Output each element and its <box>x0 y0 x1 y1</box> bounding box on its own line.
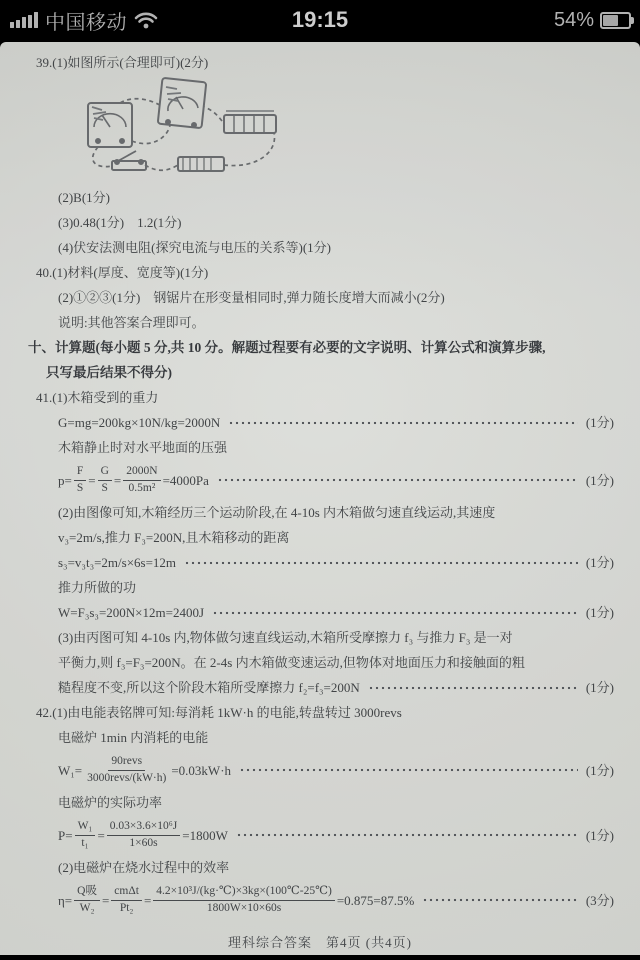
status-bar-right: 54% <box>554 9 640 32</box>
text-run: 说明:其他答案合理即可。 <box>58 310 205 335</box>
text-run: η= <box>58 888 72 913</box>
document-line: v₃=2m/s,推力 F₃=200N,且木箱移动的距离 <box>58 525 614 550</box>
dotted-leader <box>239 768 578 772</box>
text-run: s₃=v₃t₃=2m/s×6s=12m <box>58 550 176 575</box>
document-line: 说明:其他答案合理即可。 <box>58 310 614 335</box>
fraction: Q吸W₂ <box>74 885 100 914</box>
score-label: (1分) <box>586 758 614 783</box>
score-label: (1分) <box>586 550 614 575</box>
fraction: 2000N0.5m² <box>123 465 160 494</box>
signal-strength-icon <box>10 12 38 28</box>
score-label: (1分) <box>586 468 614 493</box>
document-line: 十、计算题(每小题 5 分,共 10 分。解题过程要有必要的文字说明、计算公式和… <box>28 335 614 360</box>
document-line: 电磁炉的实际功率 <box>58 790 614 815</box>
score-label: (1分) <box>586 823 614 848</box>
text-run: (2)①②③(1分) 钢锯片在形变量相同时,弹力随长度增大而减小(2分) <box>58 285 445 310</box>
document-line: W₁=90revs3000revs/(kW·h)=0.03kW·h(1分) <box>58 750 614 790</box>
document-body: 39.(1)如图所示(合理即可)(2分) <box>0 50 640 920</box>
text-run: = <box>144 888 151 913</box>
text-run: 十、计算题(每小题 5 分,共 10 分。解题过程要有必要的文字说明、计算公式和… <box>28 335 546 360</box>
wifi-icon <box>134 11 158 29</box>
text-run: 电磁炉的实际功率 <box>58 790 162 815</box>
text-run: 平衡力,则 f₃=F₃=200N。在 2-4s 内木箱做变速运动,但物体对地面压… <box>58 650 525 675</box>
battery-sketch <box>224 111 276 133</box>
document-line: 平衡力,则 f₃=F₃=200N。在 2-4s 内木箱做变速运动,但物体对地面压… <box>58 650 614 675</box>
document-line: (2)①②③(1分) 钢锯片在形变量相同时,弹力随长度增大而减小(2分) <box>58 285 614 310</box>
document-line: G=mg=200kg×10N/kg=2000N(1分) <box>58 410 614 435</box>
battery-nub <box>631 17 634 24</box>
document-line: 木箱静止时对水平地面的压强 <box>58 435 614 460</box>
text-run: = <box>102 888 109 913</box>
ammeter-sketch <box>88 103 132 147</box>
text-run: 只写最后结果不得分) <box>46 360 172 385</box>
document-line: 推力所做的功 <box>58 575 614 600</box>
dotted-leader <box>368 686 578 690</box>
document-line: W=F₃s₃=200N×12m=2400J(1分) <box>58 600 614 625</box>
resistor-sketch <box>178 157 224 171</box>
fraction: 4.2×10³J/(kg·℃)×3kg×(100℃-25℃)1800W×10×6… <box>153 885 335 914</box>
fraction: cmΔtPt₂ <box>111 885 142 914</box>
document-line: 42.(1)由电能表铭牌可知:每消耗 1kW·h 的电能,转盘转过 3000re… <box>36 700 614 725</box>
text-run: (3)由丙图可知 4-10s 内,物体做匀速直线运动,木箱所受摩擦力 f₃ 与推… <box>58 625 513 650</box>
text-run: 电磁炉 1min 内消耗的电能 <box>58 725 208 750</box>
voltmeter-sketch <box>158 78 207 128</box>
text-run: p= <box>58 468 72 493</box>
document-line: 电磁炉 1min 内消耗的电能 <box>58 725 614 750</box>
text-run: 39.(1)如图所示(合理即可)(2分) <box>36 50 208 75</box>
text-run: 木箱静止时对水平地面的压强 <box>58 435 227 460</box>
dotted-leader <box>184 561 578 565</box>
document-line: 糙程度不变,所以这个阶段木箱所受摩擦力 f₂=f₃=200N(1分) <box>58 675 614 700</box>
document-line: η=Q吸W₂=cmΔtPt₂=4.2×10³J/(kg·℃)×3kg×(100℃… <box>58 880 614 920</box>
text-run: = <box>88 468 95 493</box>
document-line: 39.(1)如图所示(合理即可)(2分) <box>36 50 614 75</box>
dotted-leader <box>217 478 578 482</box>
fraction: 90revs3000revs/(kW·h) <box>84 755 169 784</box>
text-run: (4)伏安法测电阻(探究电流与电压的关系等)(1分) <box>58 235 331 260</box>
text-run: P= <box>58 823 73 848</box>
text-run: (2)电磁炉在烧水过程中的效率 <box>58 855 229 880</box>
text-run: W₁= <box>58 758 82 783</box>
text-run: (3)0.48(1分) 1.2(1分) <box>58 210 181 235</box>
score-label: (1分) <box>586 410 614 435</box>
page-footer: 理科综合答案 第4页 (共4页) <box>0 932 640 951</box>
text-run: 42.(1)由电能表铭牌可知:每消耗 1kW·h 的电能,转盘转过 3000re… <box>36 700 402 725</box>
document-line: 40.(1)材料(厚度、宽度等)(1分) <box>36 260 614 285</box>
battery-fill <box>603 15 618 26</box>
document-line: (2)B(1分) <box>58 185 614 210</box>
status-bar: 中国移动 19:15 54% <box>0 0 640 40</box>
dotted-leader <box>212 611 578 615</box>
switch-sketch <box>112 151 146 170</box>
document-line: s₃=v₃t₃=2m/s×6s=12m(1分) <box>58 550 614 575</box>
text-run: G=mg=200kg×10N/kg=2000N <box>58 410 220 435</box>
battery-icon <box>600 12 631 29</box>
document-line: P=W₁t₁=0.03×3.6×10⁶J1×60s=1800W(1分) <box>58 815 614 855</box>
document-line: (4)伏安法测电阻(探究电流与电压的关系等)(1分) <box>58 235 614 260</box>
text-run: 推力所做的功 <box>58 575 136 600</box>
text-run: =0.875=87.5% <box>337 888 415 913</box>
text-run: =1800W <box>182 823 228 848</box>
score-label: (1分) <box>586 675 614 700</box>
document-line: 41.(1)木箱受到的重力 <box>36 385 614 410</box>
document-line: (2)由图像可知,木箱经历三个运动阶段,在 4-10s 内木箱做匀速直线运动,其… <box>58 500 614 525</box>
text-run: v₃=2m/s,推力 F₃=200N,且木箱移动的距离 <box>58 525 289 550</box>
score-label: (3分) <box>586 888 614 913</box>
dotted-leader <box>228 421 578 425</box>
fraction: FS <box>74 465 86 494</box>
text-run: 40.(1)材料(厚度、宽度等)(1分) <box>36 260 208 285</box>
text-run: 糙程度不变,所以这个阶段木箱所受摩擦力 f₂=f₃=200N <box>58 675 360 700</box>
dotted-leader <box>422 898 578 902</box>
status-bar-left: 中国移动 <box>0 6 158 35</box>
document-line: p=FS=GS=2000N0.5m²=4000Pa(1分) <box>58 460 614 500</box>
text-run: = <box>114 468 121 493</box>
document-line: (2)电磁炉在烧水过程中的效率 <box>58 855 614 880</box>
circuit-diagram <box>72 77 640 181</box>
document-line: (3)0.48(1分) 1.2(1分) <box>58 210 614 235</box>
fraction: GS <box>98 465 112 494</box>
score-label: (1分) <box>586 600 614 625</box>
text-run: (2)B(1分) <box>58 185 110 210</box>
carrier-label: 中国移动 <box>45 6 127 35</box>
text-run: (2)由图像可知,木箱经历三个运动阶段,在 4-10s 内木箱做匀速直线运动,其… <box>58 500 495 525</box>
document-line: (3)由丙图可知 4-10s 内,物体做匀速直线运动,木箱所受摩擦力 f₃ 与推… <box>58 625 614 650</box>
text-run: =0.03kW·h <box>171 758 231 783</box>
text-run: =4000Pa <box>163 468 209 493</box>
dotted-leader <box>236 833 578 837</box>
document-line: 只写最后结果不得分) <box>46 360 614 385</box>
fraction: 0.03×3.6×10⁶J1×60s <box>107 820 180 849</box>
text-run: = <box>97 823 104 848</box>
fraction: W₁t₁ <box>75 820 96 849</box>
battery-percent-label: 54% <box>554 9 594 32</box>
text-run: 41.(1)木箱受到的重力 <box>36 385 158 410</box>
document-photo[interactable]: 39.(1)如图所示(合理即可)(2分) <box>0 42 640 955</box>
text-run: W=F₃s₃=200N×12m=2400J <box>58 600 204 625</box>
